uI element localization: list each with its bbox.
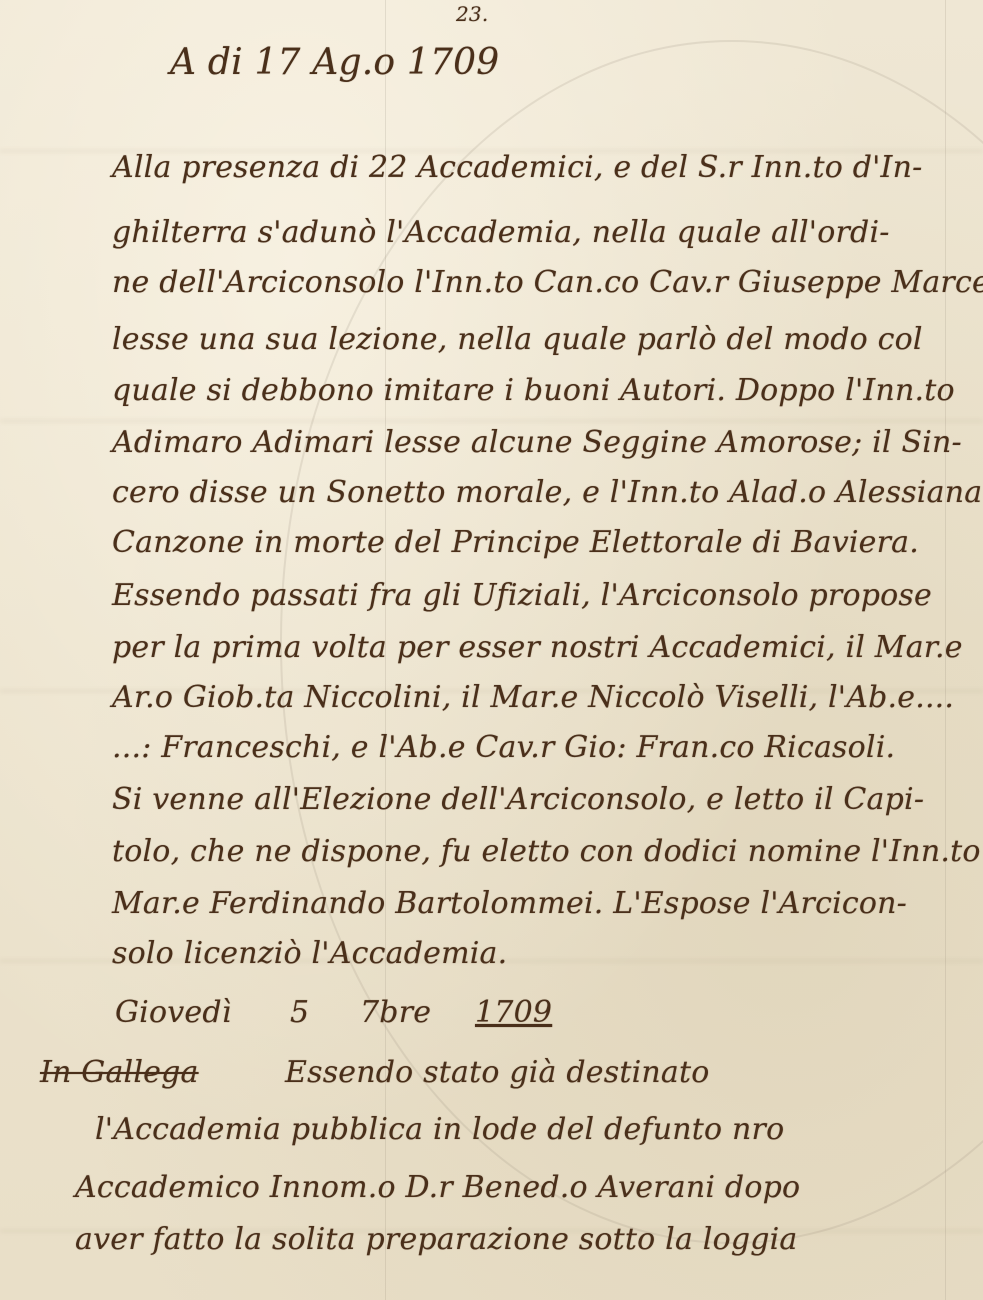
text-line: Adimaro Adimari lesse alcune Seggine Amo… [112, 425, 962, 460]
struck-out-text: In Gallega [40, 1055, 199, 1090]
folio-number: 23. [456, 2, 488, 26]
text-line: Essendo stato già destinato [285, 1055, 710, 1090]
day-number: 5 [290, 995, 309, 1030]
text-line: quale si debbono imitare i buoni Autori.… [112, 373, 955, 408]
weekday: Giovedì [115, 995, 232, 1030]
year: 1709 [475, 995, 552, 1030]
text-line: per la prima volta per esser nostri Acca… [112, 630, 963, 665]
text-line: aver fatto la solita preparazione sotto … [75, 1222, 798, 1257]
text-line: cero disse un Sonetto morale, e l'Inn.to… [112, 475, 982, 510]
text-line: Si venne all'Elezione dell'Arciconsolo, … [112, 782, 924, 817]
text-line: Alla presenza di 22 Accademici, e del S.… [112, 150, 922, 185]
text-line: l'Accademia pubblica in lode del defunto… [95, 1112, 784, 1147]
text-line: Ar.o Giob.ta Niccolini, il Mar.e Niccolò… [112, 680, 954, 715]
text-line: ne dell'Arciconsolo l'Inn.to Can.co Cav.… [112, 265, 983, 300]
text-line: ghilterra s'adunò l'Accademia, nella qua… [112, 215, 890, 250]
month: 7bre [360, 995, 431, 1030]
manuscript-page: A di 17 Ag.o 1709 23. Alla presenza di 2… [0, 0, 983, 1300]
text-line: Accademico Innom.o D.r Bened.o Averani d… [75, 1170, 800, 1205]
text-line: tolo, che ne dispone, fu eletto con dodi… [112, 834, 981, 869]
entry-date-heading: A di 17 Ag.o 1709 [170, 42, 499, 83]
text-line: lesse una sua lezione, nella quale parlò… [112, 322, 923, 357]
text-line: solo licenziò l'Accademia. [112, 936, 507, 971]
text-line: Essendo passati fra gli Ufiziali, l'Arci… [112, 578, 932, 613]
text-line: ...: Franceschi, e l'Ab.e Cav.r Gio: Fra… [112, 730, 895, 765]
text-line: Mar.e Ferdinando Bartolommei. L'Espose l… [112, 886, 907, 921]
bleed-through [0, 420, 983, 422]
text-line: Canzone in morte del Principe Elettorale… [112, 525, 919, 560]
